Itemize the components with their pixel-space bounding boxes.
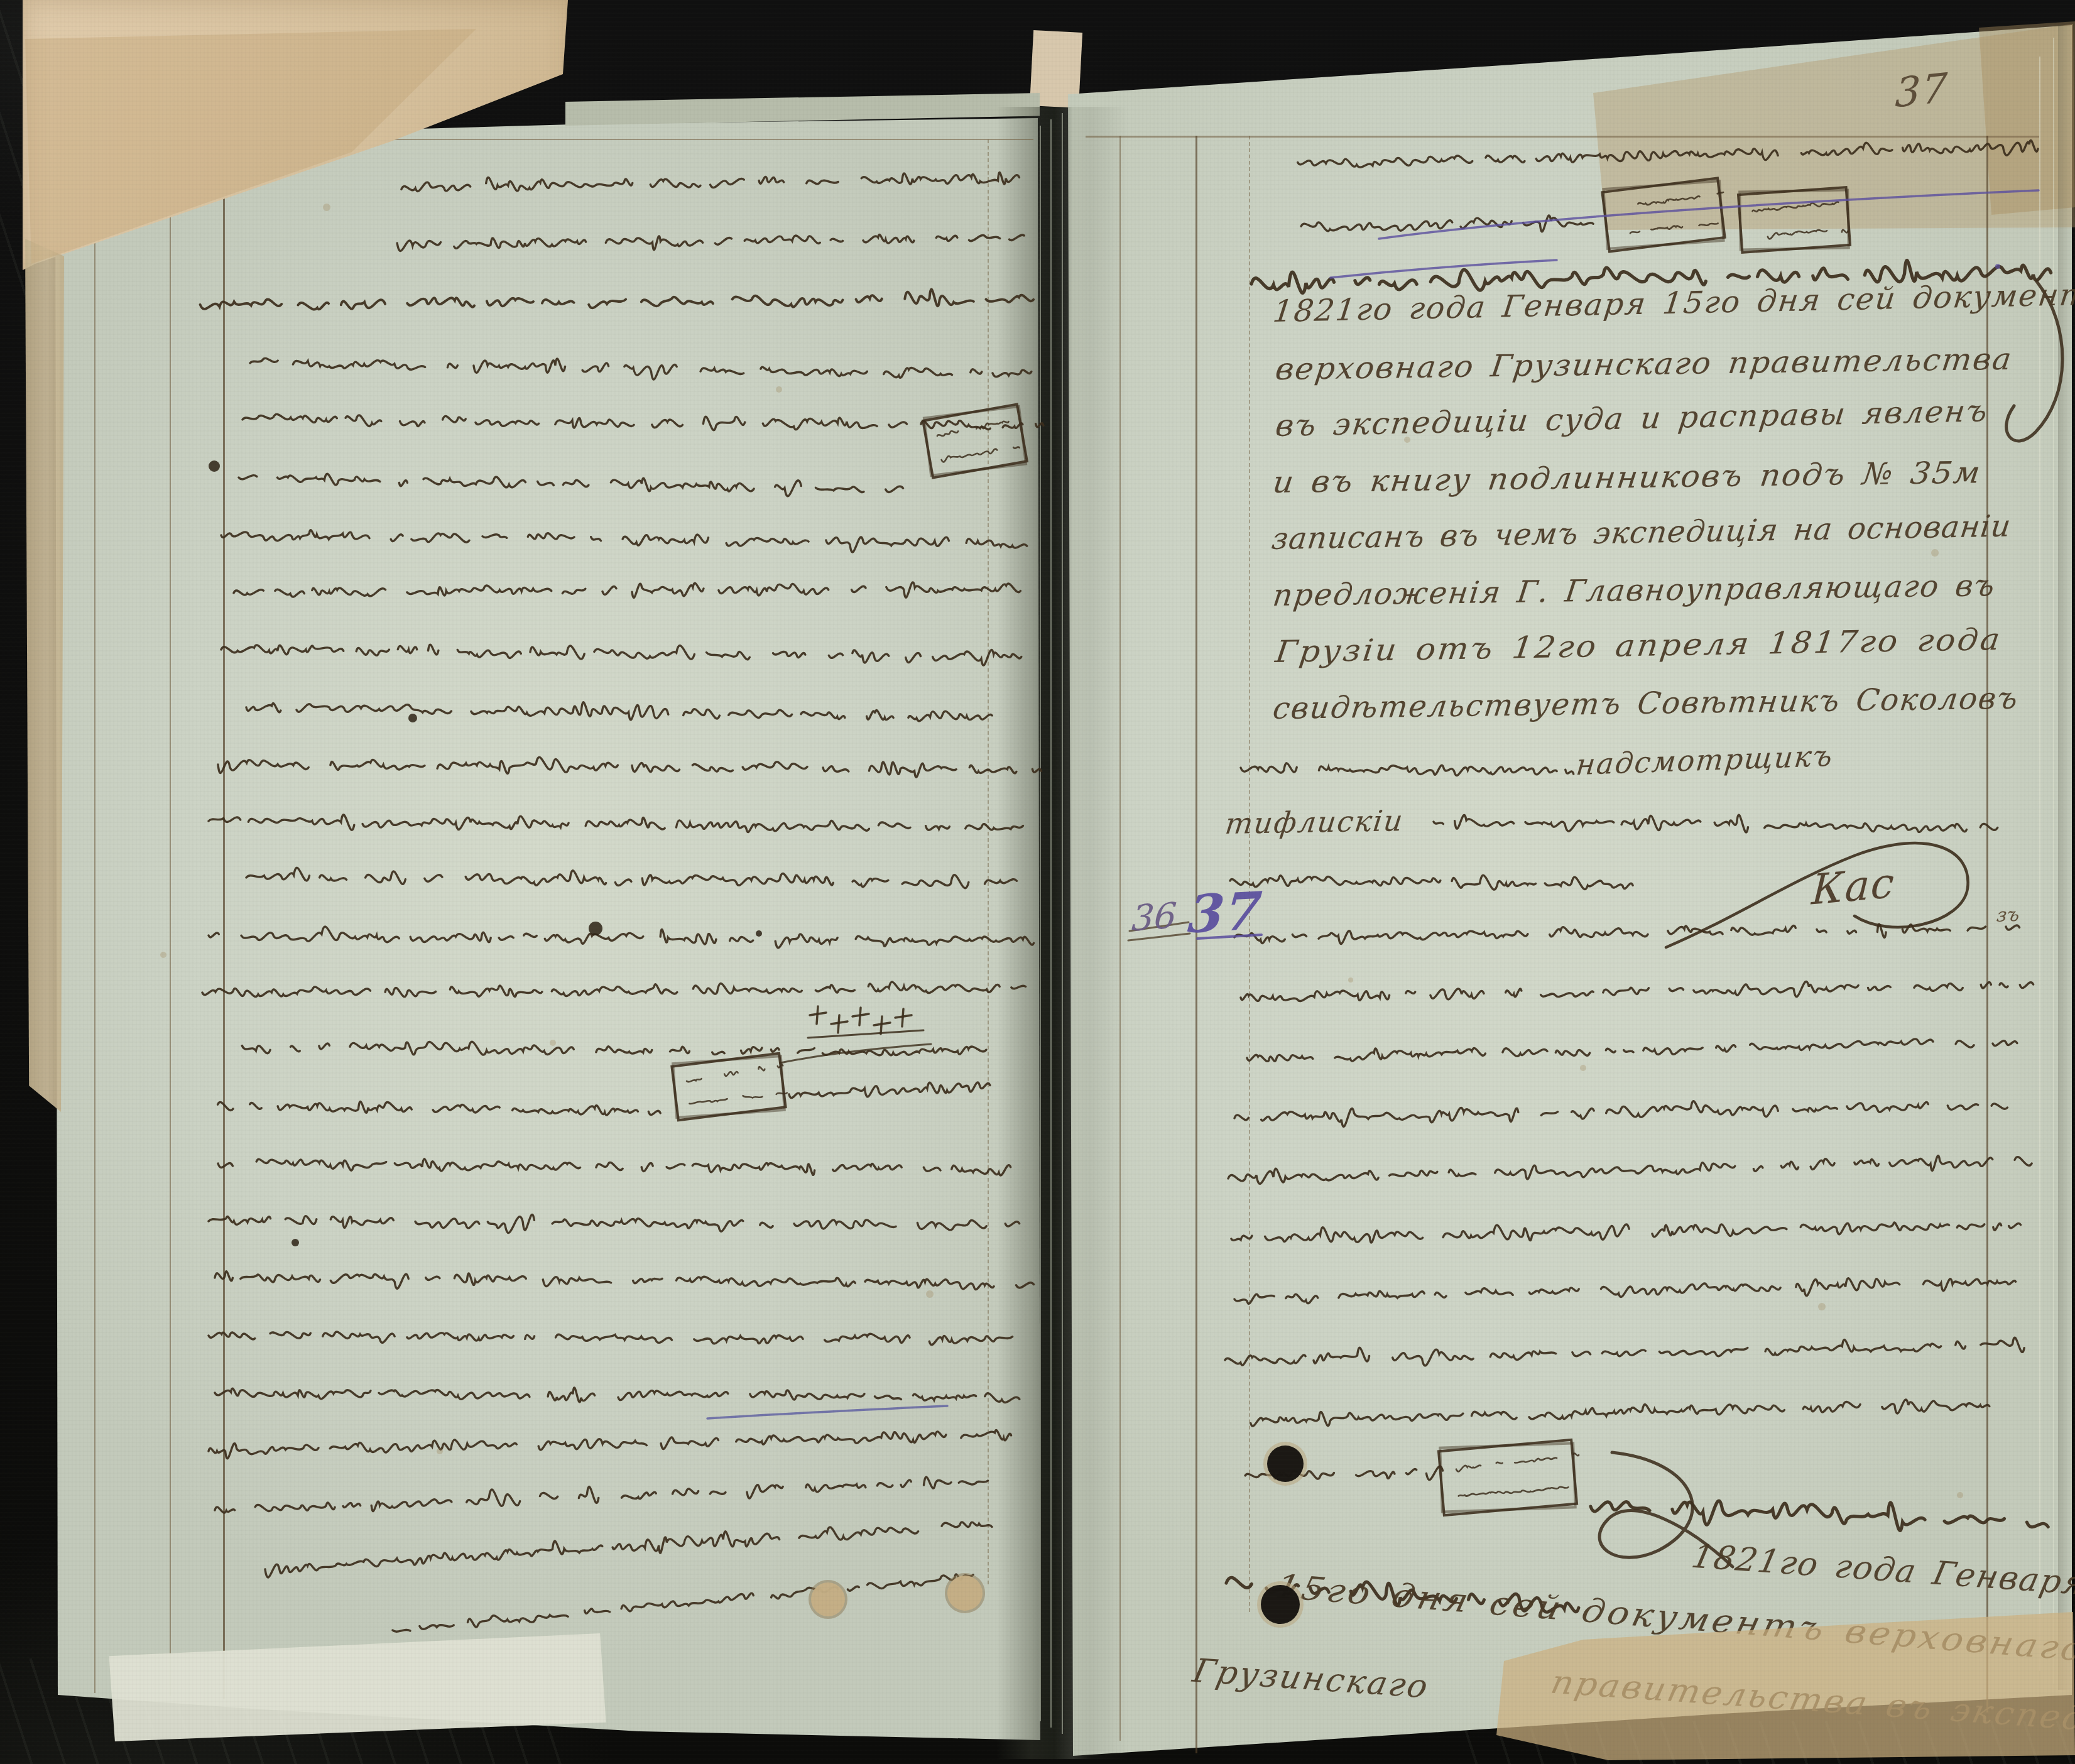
punch-hole: [1261, 1585, 1300, 1624]
photographed-manuscript-scene: 3736371821го года Генваря 15го дня сей д…: [0, 0, 2075, 1764]
punch-hole: [1267, 1445, 1304, 1482]
punch-holes-layer: [0, 0, 2075, 1764]
punch-hole-filled: [811, 1582, 845, 1616]
punch-hole-filled: [947, 1576, 983, 1611]
